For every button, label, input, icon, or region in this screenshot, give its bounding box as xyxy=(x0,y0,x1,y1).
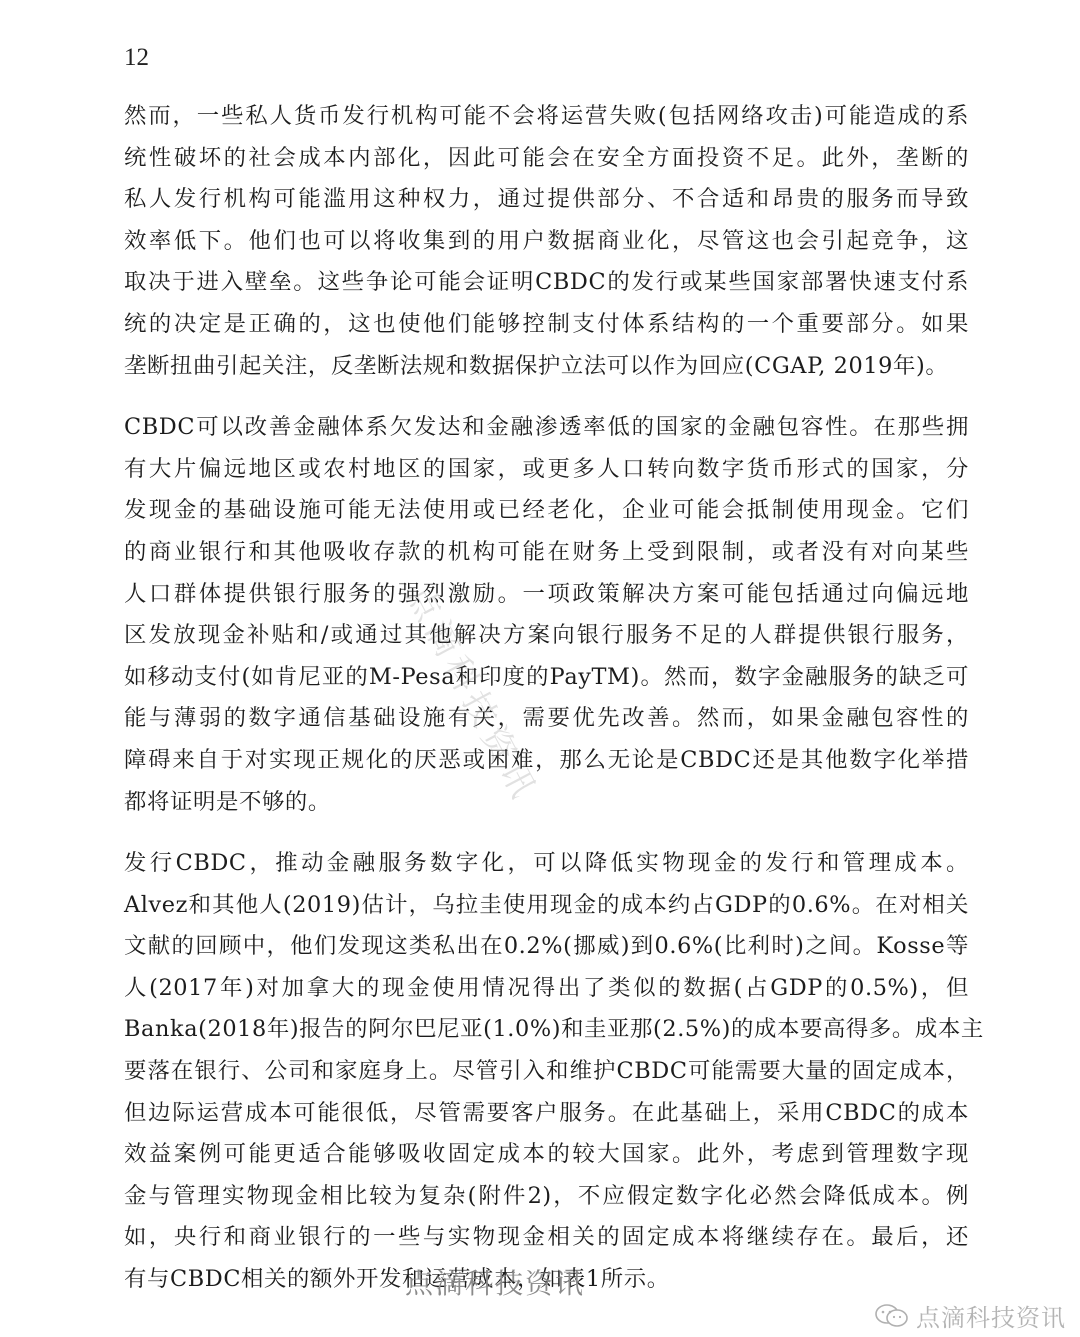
text-line: 文献的回顾中，他们发现这类私出在0.2%(挪威)到0.6%(比利时)之间。Kos… xyxy=(124,926,969,968)
text-line: Alvez和其他人(2019)估计，乌拉圭使用现金的成本约占GDP的0.6%。在… xyxy=(124,885,969,927)
text-line: 取决于进入壁垒。这些争论可能会证明CBDC的发行或某些国家部署快速支付系 xyxy=(124,262,969,304)
document-body: 然而，一些私人货币发行机构可能不会将运营失败(包括网络攻击)可能造成的系 统性破… xyxy=(124,96,969,1321)
text-line: 区发放现金补贴和/或通过其他解决方案向银行服务不足的人群提供银行服务， xyxy=(124,615,969,657)
text-line: 垄断扭曲引起关注，反垄断法规和数据保护立法可以作为回应(CGAP, 2019年)… xyxy=(124,346,969,388)
footer-brand-text: 点滴科技资讯 xyxy=(405,1262,585,1302)
paragraph-cash-costs: 发行CBDC，推动金融服务数字化，可以降低实物现金的发行和管理成本。 Alvez… xyxy=(124,843,969,1301)
text-line: 发行CBDC，推动金融服务数字化，可以降低实物现金的发行和管理成本。 xyxy=(124,843,969,885)
wechat-icon xyxy=(874,1302,910,1330)
text-line: 效率低下。他们也可以将收集到的用户数据商业化，尽管这也会引起竞争，这 xyxy=(124,221,969,263)
text-line: 能与薄弱的数字通信基础设施有关，需要优先改善。然而，如果金融包容性的 xyxy=(124,698,969,740)
footer-brand: 点滴科技资讯 xyxy=(0,1262,1080,1302)
text-line: 私人发行机构可能滥用这种权力，通过提供部分、不合适和昂贵的服务而导致 xyxy=(124,179,969,221)
page-number: 12 xyxy=(124,44,149,72)
text-line: 障碍来自于对实现正规化的厌恶或困难，那么无论是CBDC还是其他数字化举措 xyxy=(124,740,969,782)
text-line: 效益案例可能更适合能够吸收固定成本的较大国家。此外，考虑到管理数字现 xyxy=(124,1134,969,1176)
text-line: 人口群体提供银行服务的强烈激励。一项政策解决方案可能包括通过向偏远地 xyxy=(124,574,969,616)
text-line: Banka(2018年)报告的阿尔巴尼亚(1.0%)和圭亚那(2.5%)的成本要… xyxy=(124,1009,969,1051)
paragraph-financial-inclusion: CBDC可以改善金融体系欠发达和金融渗透率低的国家的金融包容性。在那些拥 有大片… xyxy=(124,407,969,823)
wechat-account-name: 点滴科技资讯 xyxy=(916,1298,1066,1333)
text-line: 统的决定是正确的，这也使他们能够控制支付体系结构的一个重要部分。如果 xyxy=(124,304,969,346)
text-line: 有大片偏远地区或农村地区的国家，或更多人口转向数字货币形式的国家，分 xyxy=(124,449,969,491)
text-line: 要落在银行、公司和家庭身上。尽管引入和维护CBDC可能需要大量的固定成本， xyxy=(124,1051,969,1093)
text-line: 然而，一些私人货币发行机构可能不会将运营失败(包括网络攻击)可能造成的系 xyxy=(124,96,969,138)
text-line: CBDC可以改善金融体系欠发达和金融渗透率低的国家的金融包容性。在那些拥 xyxy=(124,407,969,449)
paragraph-monopoly-risks: 然而，一些私人货币发行机构可能不会将运营失败(包括网络攻击)可能造成的系 统性破… xyxy=(124,96,969,387)
text-line: 人(2017年)对加拿大的现金使用情况得出了类似的数据(占GDP的0.5%)，但 xyxy=(124,968,969,1010)
text-line: 但边际运营成本可能很低，尽管需要客户服务。在此基础上，采用CBDC的成本 xyxy=(124,1093,969,1135)
text-line: 的商业银行和其他吸收存款的机构可能在财务上受到限制，或者没有对向某些 xyxy=(124,532,969,574)
text-line: 如，央行和商业银行的一些与实物现金相关的固定成本将继续存在。最后，还 xyxy=(124,1217,969,1259)
text-line: 如移动支付(如肯尼亚的M-Pesa和印度的PayTM)。然而，数字金融服务的缺乏… xyxy=(124,657,969,699)
text-line: 发现金的基础设施可能无法使用或已经老化，企业可能会抵制使用现金。它们 xyxy=(124,490,969,532)
text-line: 统性破坏的社会成本内部化，因此可能会在安全方面投资不足。此外，垄断的 xyxy=(124,138,969,180)
wechat-watermark: 点滴科技资讯 xyxy=(874,1298,1066,1333)
text-line: 都将证明是不够的。 xyxy=(124,782,969,824)
text-line: 金与管理实物现金相比较为复杂(附件2)，不应假定数字化必然会降低成本。例 xyxy=(124,1176,969,1218)
